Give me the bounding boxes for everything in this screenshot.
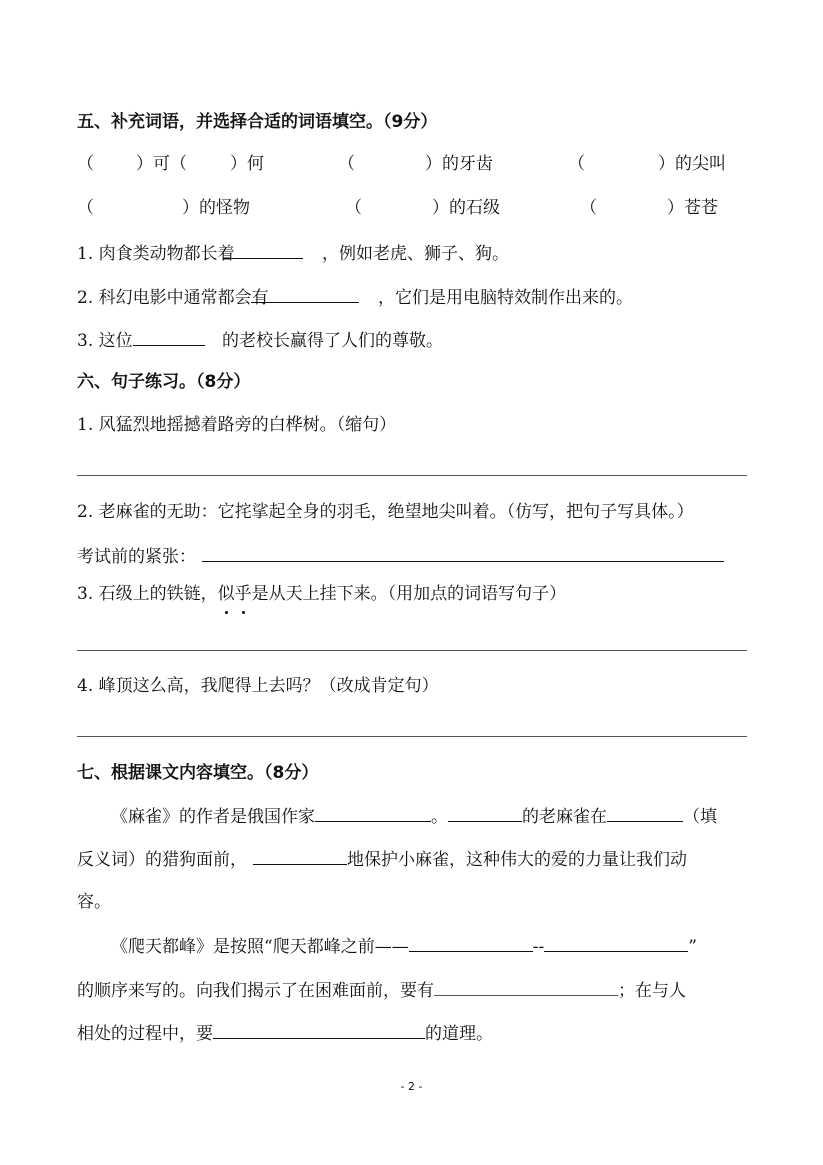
answer-blank[interactable] (133, 327, 205, 346)
word-steps: ）的石级 (432, 196, 500, 220)
answer-blank[interactable] (253, 846, 347, 865)
s7-para2-line2: 的顺序来写的。向我们揭示了在困难面前，要有；在与人 (77, 977, 686, 1003)
paren-open: （ (77, 152, 94, 176)
word-scream: ）的尖叫 (658, 152, 726, 176)
answer-blank[interactable] (448, 803, 522, 822)
s6-question-2-answer: 考试前的紧张： (77, 543, 724, 569)
answer-blank[interactable] (409, 933, 533, 952)
s5-question-3: 3. 这位 的老校长赢得了人们的尊敬。 (77, 327, 443, 353)
dotted-char: 乎 (235, 582, 252, 606)
s7-para2-line3: 相处的过程中，要的道理。 (77, 1020, 493, 1046)
paren-open: （ (580, 196, 597, 220)
section7-title: 七、根据课文内容填空。（8分） (77, 761, 318, 785)
answer-blank[interactable] (544, 933, 688, 952)
s7-para1-line3: 容。 (77, 890, 111, 914)
word-teeth: ）的牙齿 (425, 152, 493, 176)
paren-open: （ (77, 196, 94, 220)
dotted-char: 似 (218, 582, 235, 606)
answer-blank[interactable] (607, 803, 683, 822)
word-cangcang: ）苍苍 (667, 196, 718, 220)
answer-line[interactable] (77, 736, 747, 737)
page-number: - 2 - (0, 1080, 823, 1093)
s5-question-2: 2. 科幻电影中通常都会有 ，它们是用电脑特效制作出来的。 (77, 284, 633, 310)
answer-blank[interactable] (251, 284, 359, 303)
s6-question-2: 2. 老麻雀的无助：它挓挲起全身的羽毛，绝望地尖叫着。（仿写，把句子写具体。） (77, 500, 694, 524)
word-monster: ）的怪物 (182, 196, 250, 220)
paren-open: （ (338, 152, 355, 176)
word-ke: ）可（ (136, 152, 187, 176)
s7-para1-line1: 《麻雀》的作者是俄国作家。的老麻雀在（填 (111, 803, 717, 829)
s7-para2-line1: 《爬天都峰》是按照“爬天都峰之前——--” (111, 933, 697, 959)
s6-question-4: 4. 峰顶这么高，我爬得上去吗？（改成肯定句） (77, 674, 439, 698)
answer-blank[interactable] (434, 977, 618, 996)
s6-question-3: 3. 石级上的铁链，似乎是从天上挂下来。（用加点的词语写句子） (77, 582, 566, 606)
paren-open: （ (568, 152, 585, 176)
answer-blank[interactable] (213, 1020, 425, 1039)
s7-para1-line2: 反义词）的猎狗面前，地保护小麻雀，这种伟大的爱的力量让我们动 (77, 846, 687, 872)
answer-line[interactable] (77, 650, 747, 651)
paren-open: （ (345, 196, 362, 220)
answer-line[interactable] (77, 475, 747, 476)
answer-blank[interactable] (202, 543, 724, 562)
section6-title: 六、句子练习。（8分） (77, 370, 250, 394)
answer-blank[interactable] (223, 240, 303, 259)
section5-title: 五、补充词语，并选择合适的词语填空。（9分） (77, 110, 437, 134)
word-he: ）何 (230, 152, 264, 176)
s5-question-1: 1. 肉食类动物都长着 ，例如老虎、狮子、狗。 (77, 240, 509, 266)
answer-blank[interactable] (315, 803, 431, 822)
s6-question-1: 1. 风猛烈地摇撼着路旁的白桦树。（缩句） (77, 413, 396, 437)
